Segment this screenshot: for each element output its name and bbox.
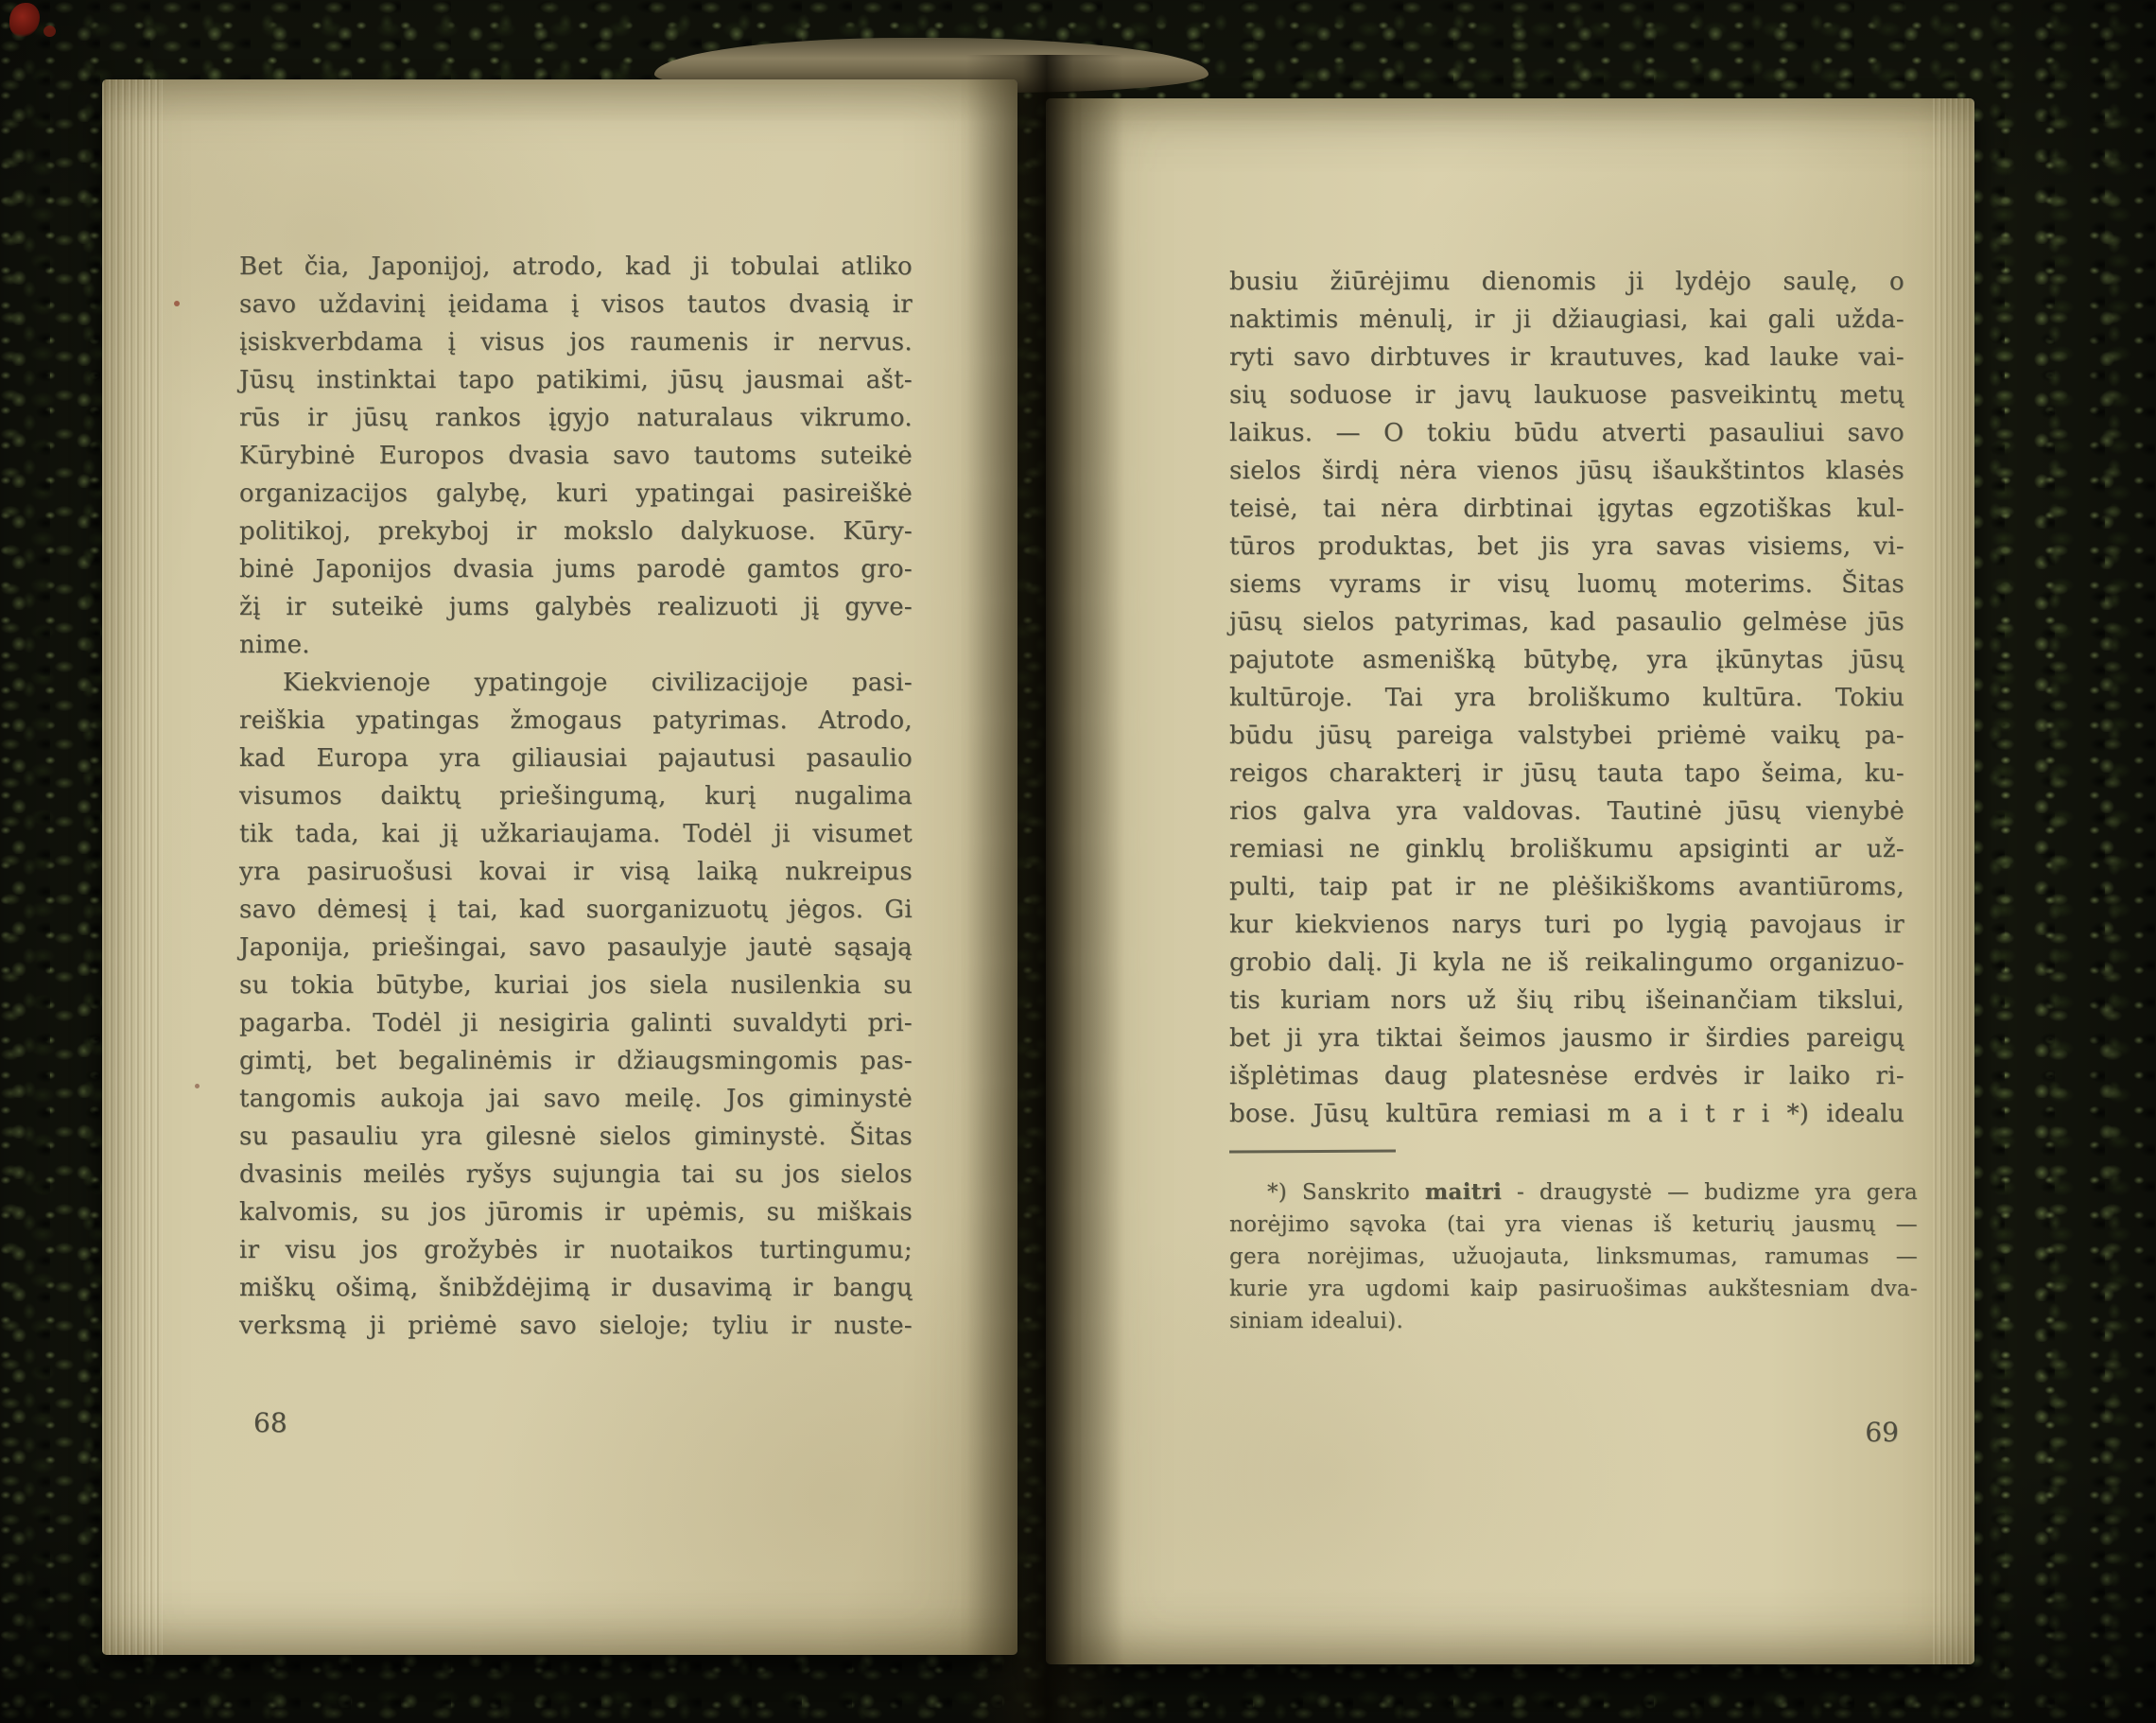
text-line: kur kiekvienos narys turi po lygią pavoj… xyxy=(1229,906,1904,944)
text-line: nime. xyxy=(239,626,913,664)
text-line: ir visu jos grožybės ir nuotaikos turtin… xyxy=(239,1231,913,1269)
text-line: tik tada, kai jį užkariaujama. Todėl ji … xyxy=(239,815,913,853)
text-line: bose. Jūsų kultūra remiasi m a i t r i *… xyxy=(1229,1095,1904,1133)
text-line: būdu jūsų pareiga valstybei priėmė vaikų… xyxy=(1229,717,1904,755)
footnote-bold-term: maitri xyxy=(1425,1179,1502,1205)
text-line: sielos širdį nėra vienos jūsų išaukštint… xyxy=(1229,452,1904,490)
page-right-text: busiu žiūrėjimu dienomis ji lydėjo saulę… xyxy=(1229,263,1904,1133)
ink-speck xyxy=(195,1084,200,1088)
text-line: yra pasiruošusi kovai ir visą laiką nukr… xyxy=(239,853,913,891)
text-line: rūs ir jūsų rankos įgyjo naturalaus vikr… xyxy=(239,399,913,437)
text-line: Bet čia, Japonijoj, atrodo, kad ji tobul… xyxy=(239,248,913,286)
text-line: pajutote asmenišką būtybę, yra įkūnytas … xyxy=(1229,641,1904,679)
text-line: ryti savo dirbtuves ir krautuves, kad la… xyxy=(1229,339,1904,376)
footnote-rule xyxy=(1229,1150,1396,1154)
footnote-text: - draugystė — budizme yra gera xyxy=(1502,1180,1918,1205)
text-line: norėjimo sąvoka (tai yra vienas iš ketur… xyxy=(1229,1209,1918,1241)
paragraph: busiu žiūrėjimu dienomis ji lydėjo saulę… xyxy=(1229,263,1904,1133)
text-line: visumos daiktų priešingumą, kurį nugalim… xyxy=(239,777,913,815)
text-line: binė Japonijos dvasia jums parodė gamtos… xyxy=(239,550,913,588)
page-right: busiu žiūrėjimu dienomis ji lydėjo saulę… xyxy=(1046,98,1974,1664)
text-line: pagarba. Todėl ji nesigiria galinti suva… xyxy=(239,1004,913,1042)
text-line: jūsų sielos patyrimas, kad pasaulio gelm… xyxy=(1229,603,1904,641)
text-line: gimtį, bet begalinėmis ir džiaugsmingomi… xyxy=(239,1042,913,1080)
text-line: tangomis aukoja jai savo meilę. Jos gimi… xyxy=(239,1080,913,1118)
text-line: žį ir suteikė jums galybės realizuoti jį… xyxy=(239,588,913,626)
page-number-right: 69 xyxy=(1865,1417,1899,1448)
footnote-line: *) Sanskrito maitri - draugystė — budizm… xyxy=(1229,1176,1918,1209)
book-scan: Bet čia, Japonijoj, atrodo, kad ji tobul… xyxy=(0,0,2156,1723)
text-line: rios galva yra valdovas. Tautinė jūsų vi… xyxy=(1229,792,1904,830)
text-line: verksmą ji priėmė savo sieloje; tyliu ir… xyxy=(239,1307,913,1345)
footnote-lines: norėjimo sąvoka (tai yra vienas iš ketur… xyxy=(1229,1209,1918,1337)
text-line: Japonija, priešingai, savo pasaulyje jau… xyxy=(239,929,913,966)
text-line: tis kuriam nors už šių ribų išeinančiam … xyxy=(1229,982,1904,1019)
footnote-marker-text: *) Sanskrito xyxy=(1267,1180,1425,1205)
text-line: Kūrybinė Europos dvasia savo tautoms sut… xyxy=(239,437,913,475)
paragraph: Kiekvienoje ypatingoje civilizacijoje pa… xyxy=(239,664,913,1345)
text-line: naktimis mėnulį, ir ji džiaugiasi, kai g… xyxy=(1229,301,1904,339)
text-line: pulti, taip pat ir ne plėšikiškoms avant… xyxy=(1229,868,1904,906)
text-line: siniam idealui). xyxy=(1229,1305,1918,1337)
footnote: *) Sanskrito maitri - draugystė — budizm… xyxy=(1229,1176,1918,1337)
text-line: laikus. — O tokiu būdu atverti pasauliui… xyxy=(1229,414,1904,452)
ink-speck xyxy=(174,301,180,306)
text-line: miškų ošimą, šnibždėjimą ir dusavimą ir … xyxy=(239,1269,913,1307)
text-line: Kiekvienoje ypatingoje civilizacijoje pa… xyxy=(239,664,913,702)
text-line: busiu žiūrėjimu dienomis ji lydėjo saulę… xyxy=(1229,263,1904,301)
page-edges-right xyxy=(1933,98,1974,1664)
text-line: organizacijos galybę, kuri ypatingai pas… xyxy=(239,475,913,513)
page-edges-left xyxy=(102,79,163,1655)
text-line: įsiskverbdama į visus jos raumenis ir ne… xyxy=(239,323,913,361)
text-line: su pasauliu yra gilesnė sielos giminystė… xyxy=(239,1118,913,1156)
text-line: tūros produktas, bet jis yra savas visie… xyxy=(1229,528,1904,566)
page-left-text: Bet čia, Japonijoj, atrodo, kad ji tobul… xyxy=(239,248,913,1345)
text-line: kad Europa yra giliausiai pajautusi pasa… xyxy=(239,740,913,777)
paragraph: Bet čia, Japonijoj, atrodo, kad ji tobul… xyxy=(239,248,913,664)
page-left: Bet čia, Japonijoj, atrodo, kad ji tobul… xyxy=(102,79,1017,1655)
text-line: reiškia ypatingas žmogaus patyrimas. Atr… xyxy=(239,702,913,740)
text-line: išplėtimas daug platesnėse erdvės ir lai… xyxy=(1229,1057,1904,1095)
text-line: siems vyrams ir visų luomų moterims. Šit… xyxy=(1229,566,1904,603)
text-line: kultūroje. Tai yra broliškumo kultūra. T… xyxy=(1229,679,1904,717)
text-line: sių soduose ir javų laukuose pasveikintų… xyxy=(1229,376,1904,414)
text-line: reigos charakterį ir jūsų tauta tapo šei… xyxy=(1229,755,1904,792)
text-line: kurie yra ugdomi kaip pasiruošimas aukšt… xyxy=(1229,1273,1918,1305)
text-line: remiasi ne ginklų broliškumu apsiginti a… xyxy=(1229,830,1904,868)
text-line: teisė, tai nėra dirbtinai įgytas egzotiš… xyxy=(1229,490,1904,528)
text-line: politikoj, prekyboj ir mokslo dalykuose.… xyxy=(239,513,913,550)
text-line: savo uždavinį įeidama į visos tautos dva… xyxy=(239,286,913,323)
text-line: gera norėjimas, užuojauta, linksmumas, r… xyxy=(1229,1241,1918,1273)
text-line: kalvomis, su jos jūromis ir upėmis, su m… xyxy=(239,1193,913,1231)
cover-red-speck xyxy=(43,26,56,37)
text-line: dvasinis meilės ryšys sujungia tai su jo… xyxy=(239,1156,913,1193)
text-line: bet ji yra tiktai šeimos jausmo ir širdi… xyxy=(1229,1019,1904,1057)
text-line: savo dėmesį į tai, kad suorganizuotų jėg… xyxy=(239,891,913,929)
page-number-left: 68 xyxy=(253,1407,287,1438)
text-line: su tokia būtybe, kuriai jos siela nusile… xyxy=(239,966,913,1004)
text-line: Jūsų instinktai tapo patikimi, jūsų jaus… xyxy=(239,361,913,399)
text-line: grobio dalį. Ji kyla ne iš reikalingumo … xyxy=(1229,944,1904,982)
